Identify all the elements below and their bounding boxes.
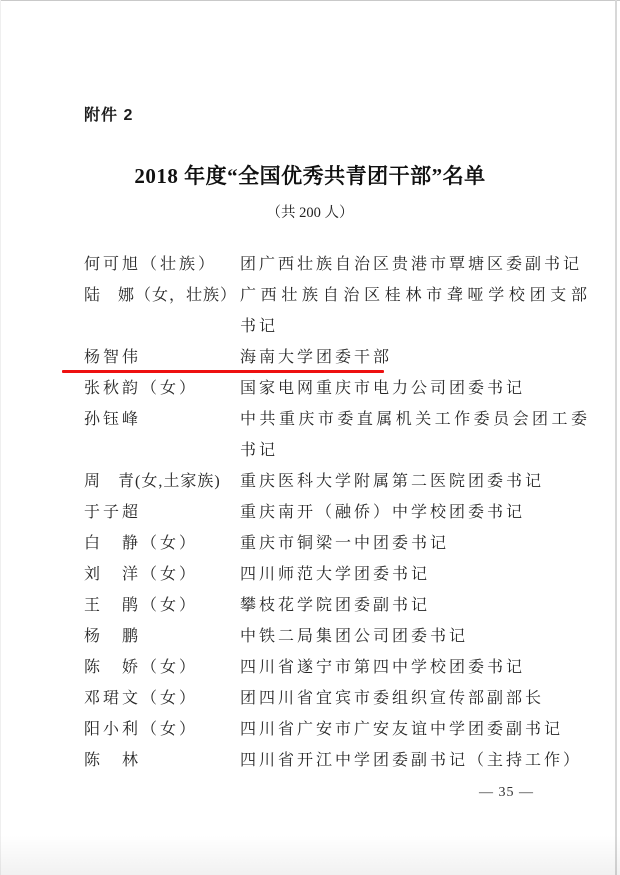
page-number: — 35 — [479, 785, 534, 801]
awardee-org: 四川师范大学团委书记 [240, 559, 590, 590]
awardee-org: 海南大学团委干部 [240, 342, 590, 373]
attachment-label: 附件 2 [84, 102, 133, 125]
awardee-org: 团四川省宜宾市委组织宣传部副部长 [240, 683, 590, 714]
awardee-org: 重庆南开（融侨）中学校团委书记 [240, 497, 590, 528]
highlight-underline [62, 370, 384, 373]
list-item: 陈 娇（女） 四川省遂宁市第四中学校团委书记 [84, 652, 590, 683]
list-item: 刘 洋（女） 四川师范大学团委书记 [84, 559, 590, 590]
awardee-name: 于子超 [84, 497, 240, 528]
list-item: 阳小利（女） 四川省广安市广安友谊中学团委副书记 [84, 714, 590, 745]
list-item: 邓珺文（女） 团四川省宜宾市委组织宣传部副部长 [84, 683, 590, 714]
awardee-name: 阳小利（女） [84, 714, 240, 745]
awardee-org: 攀枝花学院团委副书记 [240, 590, 590, 621]
page-top-edge [0, 0, 620, 1]
awardee-name: 张秋韵（女） [84, 373, 240, 404]
awardee-name: 杨智伟 [84, 342, 240, 373]
page-bottom-shadow [0, 835, 620, 875]
awardee-name: 刘 洋（女） [84, 559, 240, 590]
awardee-name: 何可旭（壮族） [84, 249, 240, 280]
document-page: 附件 2 2018 年度“全国优秀共青团干部”名单 （共 200 人） 何可旭（… [0, 0, 620, 875]
list-item: 陈 林 四川省开江中学团委副书记（主持工作） [84, 745, 590, 776]
list-item: 王 鹃（女） 攀枝花学院团委副书记 [84, 590, 590, 621]
awardee-name: 周 青(女,土家族) [84, 466, 240, 497]
awardee-org: 国家电网重庆市电力公司团委书记 [240, 373, 590, 404]
awardee-name: 陈 娇（女） [84, 652, 240, 683]
awardee-org: 广西壮族自治区桂林市聋哑学校团支部 书记 [240, 280, 590, 342]
page-subtitle: （共 200 人） [0, 201, 620, 222]
awardee-org: 团广西壮族自治区贵港市覃塘区委副书记 [240, 249, 590, 280]
awardee-org: 四川省遂宁市第四中学校团委书记 [240, 652, 590, 683]
page-right-edge [615, 0, 617, 875]
list-item: 杨 鹏 中铁二局集团公司团委书记 [84, 621, 590, 652]
awardee-name: 陈 林 [84, 745, 240, 776]
awardee-org: 四川省开江中学团委副书记（主持工作） [240, 745, 590, 776]
awardee-name: 杨 鹏 [84, 621, 240, 652]
page-title: 2018 年度“全国优秀共青团干部”名单 [0, 160, 620, 190]
list-item-highlighted: 杨智伟 海南大学团委干部 [84, 342, 590, 373]
awardee-name: 白 静（女） [84, 528, 240, 559]
awardee-org: 中铁二局集团公司团委书记 [240, 621, 590, 652]
list-item: 于子超 重庆南开（融侨）中学校团委书记 [84, 497, 590, 528]
list-item: 白 静（女） 重庆市铜梁一中团委书记 [84, 528, 590, 559]
list-item: 何可旭（壮族） 团广西壮族自治区贵港市覃塘区委副书记 [84, 249, 590, 280]
list-item: 周 青(女,土家族) 重庆医科大学附属第二医院团委书记 [84, 466, 590, 497]
awardee-name: 王 鹃（女） [84, 590, 240, 621]
page-left-edge [0, 0, 1, 875]
awardee-name: 陆 娜（女，壮族） [84, 280, 240, 311]
awardee-name: 孙钰峰 [84, 404, 240, 435]
awardee-list: 何可旭（壮族） 团广西壮族自治区贵港市覃塘区委副书记 陆 娜（女，壮族） 广西壮… [84, 249, 590, 776]
list-item: 张秋韵（女） 国家电网重庆市电力公司团委书记 [84, 373, 590, 404]
awardee-org: 重庆医科大学附属第二医院团委书记 [240, 466, 590, 497]
list-item: 孙钰峰 中共重庆市委直属机关工作委员会团工委 书记 [84, 404, 590, 466]
awardee-name: 邓珺文（女） [84, 683, 240, 714]
awardee-org: 重庆市铜梁一中团委书记 [240, 528, 590, 559]
awardee-org: 中共重庆市委直属机关工作委员会团工委 书记 [240, 404, 590, 466]
awardee-org: 四川省广安市广安友谊中学团委副书记 [240, 714, 590, 745]
list-item: 陆 娜（女，壮族） 广西壮族自治区桂林市聋哑学校团支部 书记 [84, 280, 590, 342]
